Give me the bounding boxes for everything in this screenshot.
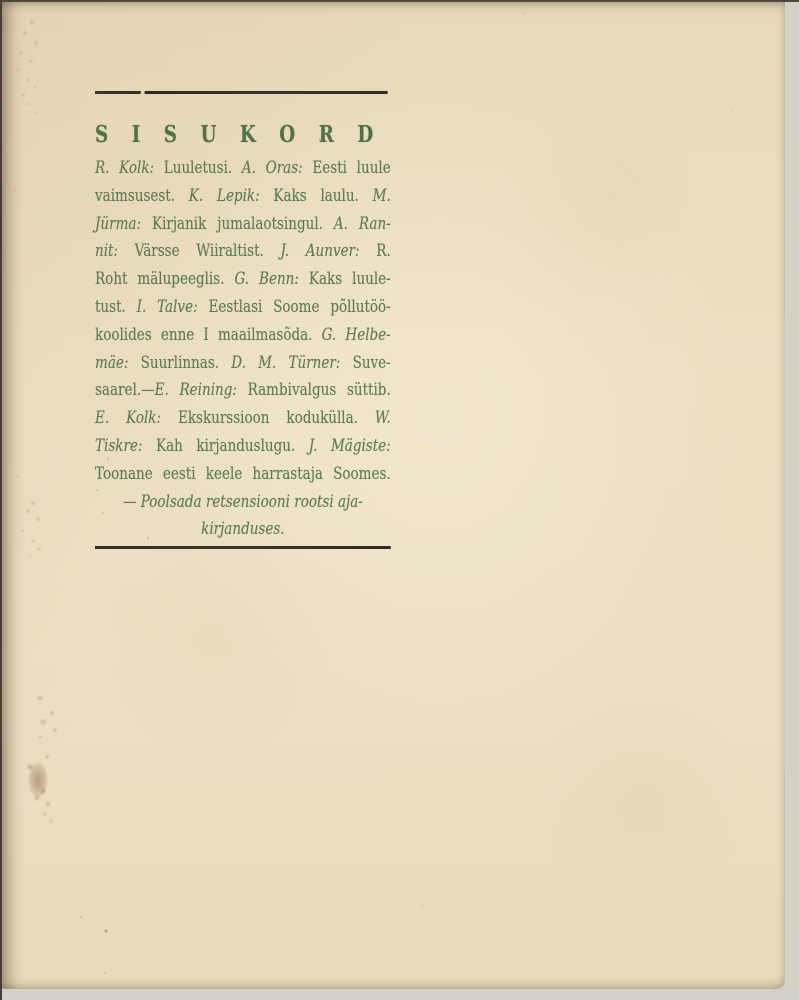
toc-author-name: G. Helbe- [322, 325, 391, 345]
toc-author-name: K. Lepik: [189, 186, 260, 206]
toc-entry-text: vaimsusest. [95, 186, 189, 206]
toc-entry-text: Eestlasi Soome põllutöö- [198, 297, 391, 317]
top-rule-divider [95, 91, 388, 94]
toc-paragraph: R. Kolk: Luuletusi. A. Oras: Eesti luule… [95, 155, 391, 544]
toc-author-name: kirjanduses. [201, 519, 284, 539]
toc-entry-text: Kirjanik jumalaotsingul. [141, 214, 334, 234]
toc-author-name: Tiskre: [95, 436, 142, 456]
toc-entry-text: R. [360, 241, 391, 261]
toc-author-name: J. Mägiste: [309, 436, 391, 456]
toc-author-name: E. Reining: [155, 380, 237, 400]
toc-entry-text: Ekskurssioon kodukülla. [161, 408, 375, 428]
toc-author-name: A. Oras: [242, 158, 303, 178]
toc-entry-text: Roht mälupeeglis. [95, 269, 234, 289]
toc-author-name: M. [373, 186, 391, 206]
toc-entry-text: Kaks laulu. [260, 186, 373, 206]
toc-entry-text: koolides enne I maailmasõda. [95, 325, 322, 345]
toc-line: kirjanduses. [95, 516, 391, 544]
toc-line: vaimsusest. K. Lepik: Kaks laulu. M. [95, 183, 391, 211]
toc-entry-text: Kah kirjanduslugu. [142, 436, 308, 456]
toc-entry-text: Eesti luule [303, 158, 391, 178]
book-page: S I S U K O R D R. Kolk: Luuletusi. A. O… [2, 2, 785, 989]
toc-line: R. Kolk: Luuletusi. A. Oras: Eesti luule [95, 155, 391, 183]
toc-line: saarel.—E. Reining: Rambivalgus süttib. [95, 377, 391, 405]
contents-block: S I S U K O R D R. Kolk: Luuletusi. A. O… [95, 91, 391, 549]
toc-line: koolides enne I maailmasõda. G. Helbe- [95, 322, 391, 350]
toc-author-name: — Poolsada retsensiooni rootsi aja- [123, 492, 363, 512]
toc-line: Toonane eesti keele harrastaja Soomes. [95, 461, 391, 489]
toc-entry-text: Luuletusi. [154, 158, 242, 178]
toc-author-name: W. [375, 408, 391, 428]
toc-entry-text: Toonane eesti keele harrastaja Soomes. [95, 464, 391, 484]
toc-entry-text: Rambivalgus süttib. [237, 380, 391, 400]
toc-author-name: nit: [95, 241, 118, 261]
toc-line: mäe: Suurlinnas. D. M. Türner: Suve- [95, 350, 391, 378]
toc-author-name: G. Benn: [234, 269, 298, 289]
toc-author-name: I. Talve: [137, 297, 198, 317]
toc-line: E. Kolk: Ekskurssioon kodukülla. W. [95, 405, 391, 433]
toc-author-name: E. Kolk: [95, 408, 161, 428]
toc-entry-text: Kaks luule- [299, 269, 391, 289]
toc-entry-text: Suurlinnas. [128, 353, 231, 373]
bottom-rule-divider [95, 546, 391, 549]
toc-author-name: Jürma: [95, 214, 141, 234]
toc-author-name: R. Kolk: [95, 158, 154, 178]
toc-line: Roht mälupeeglis. G. Benn: Kaks luule- [95, 266, 391, 294]
toc-entry-text: saarel.— [95, 380, 155, 400]
toc-entry-text: Värsse Wiiraltist. [118, 241, 280, 261]
toc-entry-text: Suve- [340, 353, 390, 373]
toc-line: tust. I. Talve: Eestlasi Soome põllutöö- [95, 294, 391, 322]
toc-author-name: mäe: [95, 353, 128, 373]
toc-author-name: J. Aunver: [280, 241, 359, 261]
contents-heading: S I S U K O R D [95, 120, 373, 150]
scan-edge-left [0, 0, 2, 1000]
scan-edge-top [0, 0, 799, 2]
toc-line: Jürma: Kirjanik jumalaotsingul. A. Ran- [95, 211, 391, 239]
toc-line: Tiskre: Kah kirjanduslugu. J. Mägiste: [95, 433, 391, 461]
toc-author-name: D. M. Türner: [231, 353, 340, 373]
toc-entry-text: tust. [95, 297, 137, 317]
toc-author-name: A. Ran- [334, 214, 391, 234]
scan-background: S I S U K O R D R. Kolk: Luuletusi. A. O… [0, 0, 799, 1000]
toc-line: — Poolsada retsensiooni rootsi aja- [95, 489, 391, 517]
toc-line: nit: Värsse Wiiraltist. J. Aunver: R. [95, 238, 391, 266]
